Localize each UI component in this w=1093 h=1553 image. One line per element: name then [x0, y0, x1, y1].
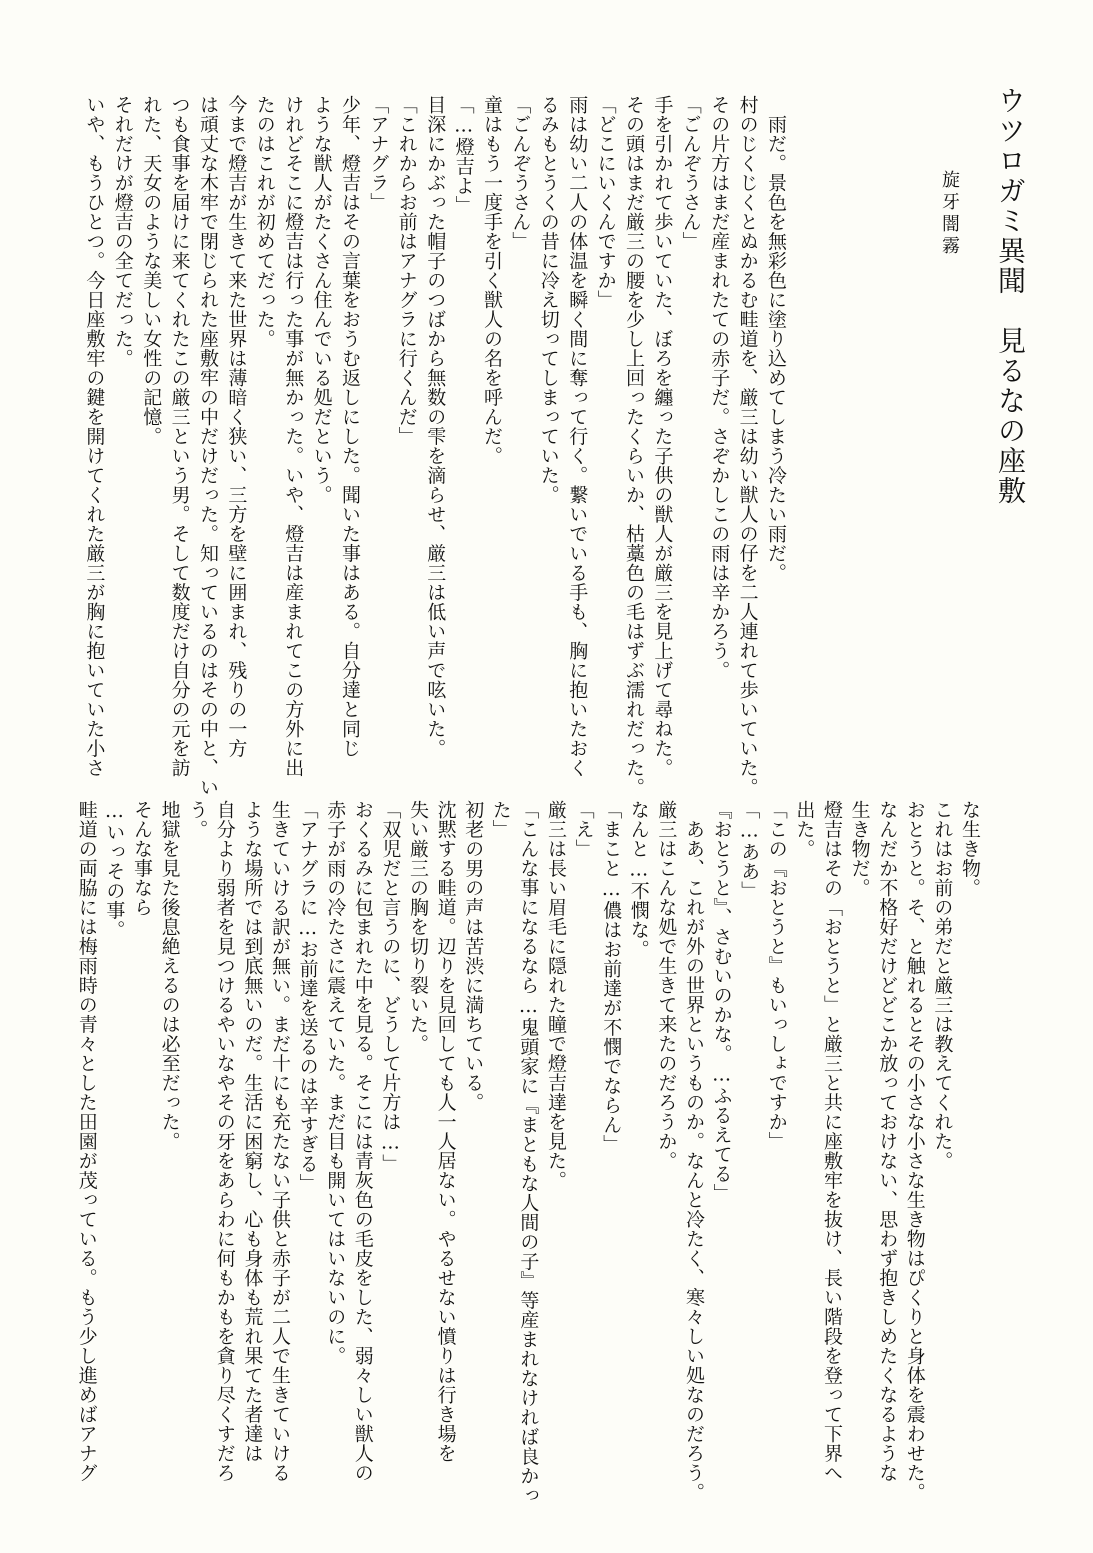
- text-line: 雨だ。景色を無彩色に塗り込めてしまう冷たい雨だ。: [762, 95, 790, 583]
- text-line: 赤子が雨の冷たさに震えていた。まだ目も開いてはいないのに。: [321, 800, 349, 1366]
- text-line: 燈吉はその「おとうと」と厳三と共に座敷牢を抜け、長い階段を登って下界へ: [818, 800, 846, 1483]
- text-line: それだけが燈吉の全てだった。: [109, 95, 137, 368]
- text-line: 「この『おとうと』もいっしょですか」: [763, 800, 791, 1151]
- text-line: 「どこにいくんですか」: [592, 95, 620, 310]
- text-line: これはお前の弟だと厳三は教えてくれた。: [928, 800, 956, 1171]
- text-line: いや、もうひとつ。今日座敷牢の鍵を開けてくれた厳三が胸に抱いていた小さ: [80, 95, 108, 778]
- text-line: 厳三はこんな処で生きて来たのだろうか。: [652, 800, 680, 1171]
- text-line: 厳三は長い眉毛に隠れた瞳で燈吉達を見た。: [542, 800, 570, 1190]
- text-line: 畦道の両脇には梅雨時の青々とした田園が茂っている。もう少し進めばアナグ: [73, 800, 101, 1483]
- text-line: う。: [183, 800, 211, 839]
- text-line: 「双児だと言うのに、どうして片方は…」: [376, 800, 404, 1174]
- text-line: 「…ああ」: [735, 800, 763, 901]
- text-line: 「アナグラに…お前達を送るのは辛すぎる」: [294, 800, 322, 1193]
- text-line: れた、天女のような美しい女性の記憶。: [137, 95, 165, 446]
- text-line: 手を引かれて歩いていた、ぼろを纏った子供の獣人が厳三を見上げて尋ねた。: [648, 95, 676, 778]
- story-title: ウツロガミ異聞 見るなの座敷: [992, 86, 1028, 506]
- text-line: 「ごんぞうさん」: [677, 95, 705, 251]
- text-line: た」: [487, 800, 515, 839]
- text-line: 地獄を見た後息絶えるのは必至だった。: [156, 800, 184, 1151]
- text-line: その片方はまだ産まれたての赤子だ。さぞかしこの雨は辛かろう。: [705, 95, 733, 680]
- text-line: 「こんな事になるなら…鬼頭家に『まともな人間の子』等産まれなければ良かっ: [514, 800, 542, 1505]
- text-line: るみもとうくの昔に冷え切ってしまっていた。: [535, 95, 563, 505]
- text-line: ような場所では到底無いのだ。生活に困窮し、心も身体も荒れ果てた者達は: [238, 800, 266, 1463]
- text-line: 「ごんぞうさん」: [506, 95, 534, 251]
- text-line: ような獣人がたくさん住んでいる処だという。: [308, 95, 336, 505]
- text-line: 「これからお前はアナグラに行くんだ」: [393, 95, 421, 446]
- text-line: けれどそこに燈吉は行った事が無かった。いや、燈吉は産まれてこの方外に出: [279, 95, 307, 778]
- author-name: 旋牙闇霧: [936, 170, 962, 258]
- text-line: 「アナグラ」: [364, 95, 392, 212]
- text-line: ああ、これが外の世界というものか。なんと冷たく、寒々しい処なのだろう。: [680, 800, 708, 1502]
- text-line: 沈黙する畦道。辺りを見回しても人一人居ない。やるせない憤りは行き場を: [432, 800, 460, 1463]
- text-line: は頑丈な木牢で閉じられた座敷牢の中だけだった。知っているのはその中と、い: [194, 95, 222, 797]
- text-line: おとうと。そ、と触れるとその小さな小さな生き物はぴくりと身体を震わせた。: [901, 800, 929, 1502]
- text-line: 初老の男の声は苦渋に満ちている。: [459, 800, 487, 1112]
- text-line: たのはこれが初めてだった。: [251, 95, 279, 349]
- text-line: 村のじくじくとぬかるむ畦道を、厳三は幼い獣人の仔を二人連れて歩いていた。: [734, 95, 762, 797]
- text-line: 童はもう一度手を引く獣人の名を呼んだ。: [478, 95, 506, 466]
- text-line: 雨は幼い二人の体温を瞬く間に奪って行く。繋いでいる手も、胸に抱いたおく: [563, 95, 591, 778]
- text-line: 「え」: [570, 800, 598, 859]
- text-line: 「まこと…儂はお前達が不憫でならん」: [597, 800, 625, 1154]
- text-line: 『おとうと』、さむいのかな。…ふるえてる」: [708, 800, 736, 1203]
- text-line: 「…燈吉よ」: [450, 95, 478, 215]
- text-line: な生き物。: [956, 800, 984, 898]
- text-line: なんと…不憫な。: [625, 800, 653, 959]
- text-line: なんだか不格好だけどどこか放っておけない、思わず抱きしめたくなるような: [873, 800, 901, 1483]
- text-line: その頭はまだ厳三の腰を少し上回ったくらいか、枯藁色の毛はずぶ濡れだった。: [620, 95, 648, 797]
- text-line: 少年、燈吉はその言葉をおうむ返しにした。聞いた事はある。自分達と同じ: [336, 95, 364, 758]
- text-line: 生き物だ。: [846, 800, 874, 898]
- text-line: 自分より弱者を見つけるやいなやその牙をあらわに何もかもを貪り尽くすだろ: [211, 800, 239, 1483]
- text-line: 失い厳三の胸を切り裂いた。: [404, 800, 432, 1054]
- text-line: つも食事を届けに来てくれたこの厳三という男。そして数度だけ自分の元を訪: [166, 95, 194, 778]
- text-line: おくるみに包まれた中を見る。そこには青灰色の毛皮をした、弱々しい獣人の: [349, 800, 377, 1483]
- text-line: 生きていける訳が無い。まだ十にも充たない子供と赤子が二人で生きていける: [266, 800, 294, 1483]
- text-line: 目深にかぶった帽子のつばから無数の雫を滴らせ、厳三は低い声で呟いた。: [421, 95, 449, 758]
- text-line: 出た。: [790, 800, 818, 859]
- text-line: そんな事なら: [128, 800, 156, 917]
- text-line: …いっその事。: [100, 800, 128, 940]
- text-line: 今まで燈吉が生きて来た世界は薄暗く狭い、三方を壁に囲まれ、残りの一方: [222, 95, 250, 758]
